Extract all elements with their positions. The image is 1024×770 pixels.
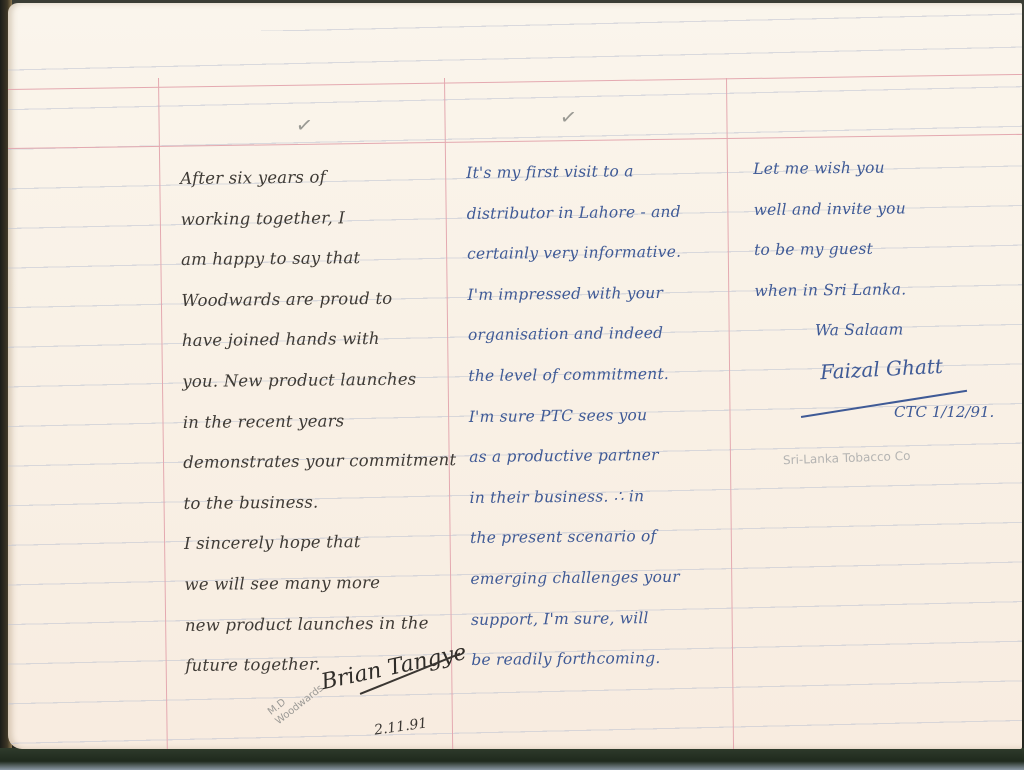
entry-line: I'm sure PTC sees you (469, 394, 684, 437)
entry-line: working together, I (180, 197, 454, 240)
entry-woodwards: After six years of working together, I a… (180, 156, 459, 687)
entry-line: certainly very informative. (467, 232, 682, 275)
entry-line: support, I'm sure, will (471, 597, 686, 640)
entry-line: Wa Salaam (755, 310, 908, 352)
entry-line: we will see many more (184, 562, 458, 605)
entry-line: the level of commitment. (468, 354, 683, 397)
entry-line: am happy to say that (181, 237, 455, 280)
entry-line: as a productive partner (469, 435, 684, 478)
entry-line: organisation and indeed (468, 313, 683, 356)
entry-line: be readily forthcoming. (471, 638, 686, 681)
entry-line: emerging challenges your (470, 557, 685, 600)
photo-scene: ✓ ✓ After six years of working together,… (0, 0, 1024, 770)
book-cover-edge (0, 748, 1024, 770)
entry-line: After six years of (180, 156, 454, 199)
checkmark-icon: ✓ (558, 104, 578, 130)
entry-line: when in Sri Lanka. (754, 269, 907, 311)
entry-line: demonstrates your commitment (183, 440, 457, 483)
entry-lahore-visit: It's my first visit to a distributor in … (466, 151, 686, 681)
entry-line: well and invite you (753, 188, 906, 230)
guest-book-page: ✓ ✓ After six years of working together,… (8, 3, 1022, 749)
entry-line: It's my first visit to a (466, 151, 681, 194)
entry-line: the present scenario of (470, 516, 685, 559)
entry-line: have joined hands with (182, 319, 456, 362)
checkmark-icon: ✓ (294, 112, 314, 138)
entry-line: in their business. ∴ in (469, 475, 684, 518)
entry-line: Woodwards are proud to (181, 278, 455, 321)
entry-line: new product launches in the (185, 603, 459, 646)
entry-line: you. New product launches (182, 359, 456, 402)
entry-line: distributor in Lahore - and (466, 191, 681, 234)
entry-line: I sincerely hope that (184, 521, 458, 564)
entry-date: CTC 1/12/91. (894, 403, 994, 421)
entry-line: to be my guest (754, 229, 907, 271)
entry-line: Let me wish you (753, 147, 906, 189)
entry-line: to the business. (183, 481, 457, 524)
entry-sri-lanka: Let me wish you well and invite you to b… (753, 147, 907, 352)
entry-line: I'm impressed with your (467, 273, 682, 316)
entry-line: in the recent years (183, 400, 457, 443)
